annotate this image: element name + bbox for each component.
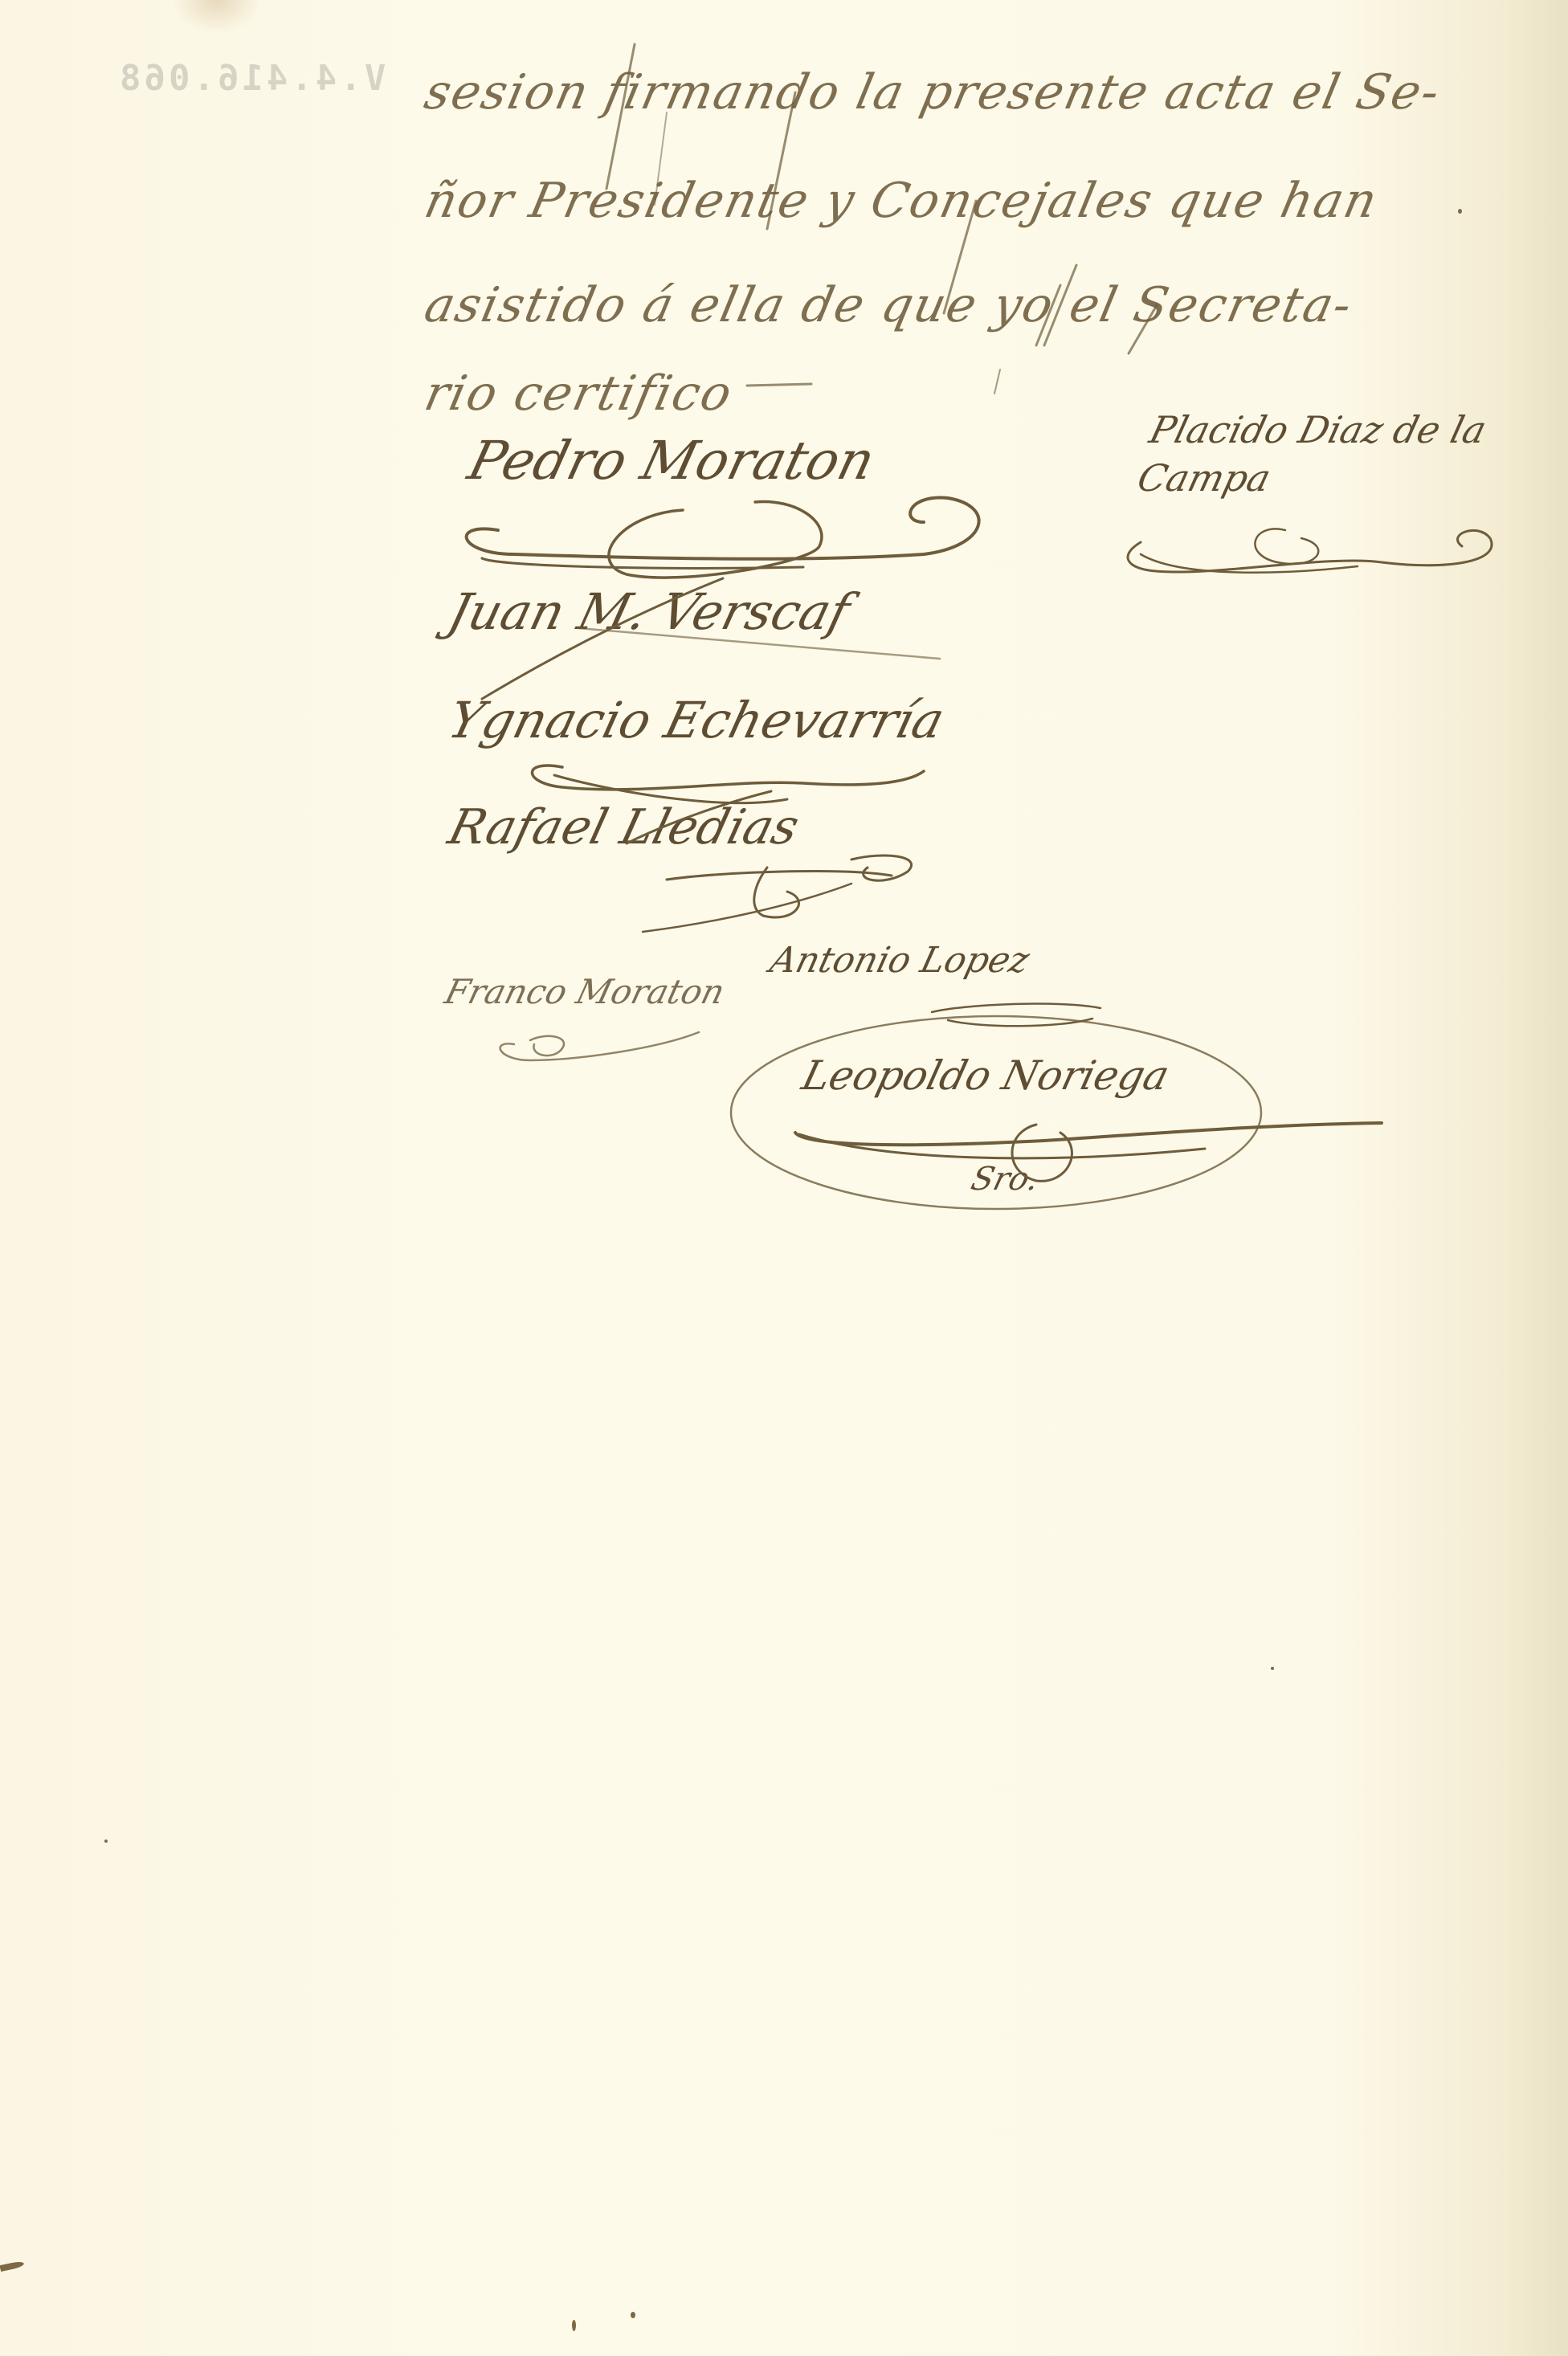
signature-franco-moraton: Franco Moraton (441, 972, 729, 1011)
body-line-4: rio certifico (420, 365, 738, 422)
signature-juan-verscaf: Juan M. Verscaf (443, 582, 855, 641)
bleed-through-stamp: V.4.416.068 (116, 58, 386, 99)
body-line-2: ñor Presidente y Concejales que han (420, 173, 1384, 229)
signature-pedro-moraton: Pedro Moraton (462, 430, 880, 492)
signature-leopoldo-noriega: Leopoldo Noriega (798, 1052, 1174, 1099)
signature-ygnacio-echevarria: Ygnacio Echevarría (443, 691, 950, 749)
ink-speck (1271, 1667, 1274, 1670)
signature-placido-diaz: Placido Diaz de la Campa (1133, 406, 1494, 502)
ink-speck (104, 1839, 108, 1843)
ink-speck (631, 2312, 635, 2318)
signature-rafael-lledias: Rafael Lledias (443, 799, 804, 855)
paper-page (0, 0, 1568, 2356)
body-line-3: asistido á ella de que yo el Secreta- (420, 277, 1358, 333)
ink-speck (572, 2320, 576, 2331)
body-line-1: sesion firmando la presente acta el Se- (420, 64, 1446, 120)
ink-speck (1458, 209, 1462, 214)
signature-secretario-abbrev: Sro. (967, 1161, 1043, 1198)
signature-antonio-lopez: Antonio Lopez (766, 940, 1034, 981)
